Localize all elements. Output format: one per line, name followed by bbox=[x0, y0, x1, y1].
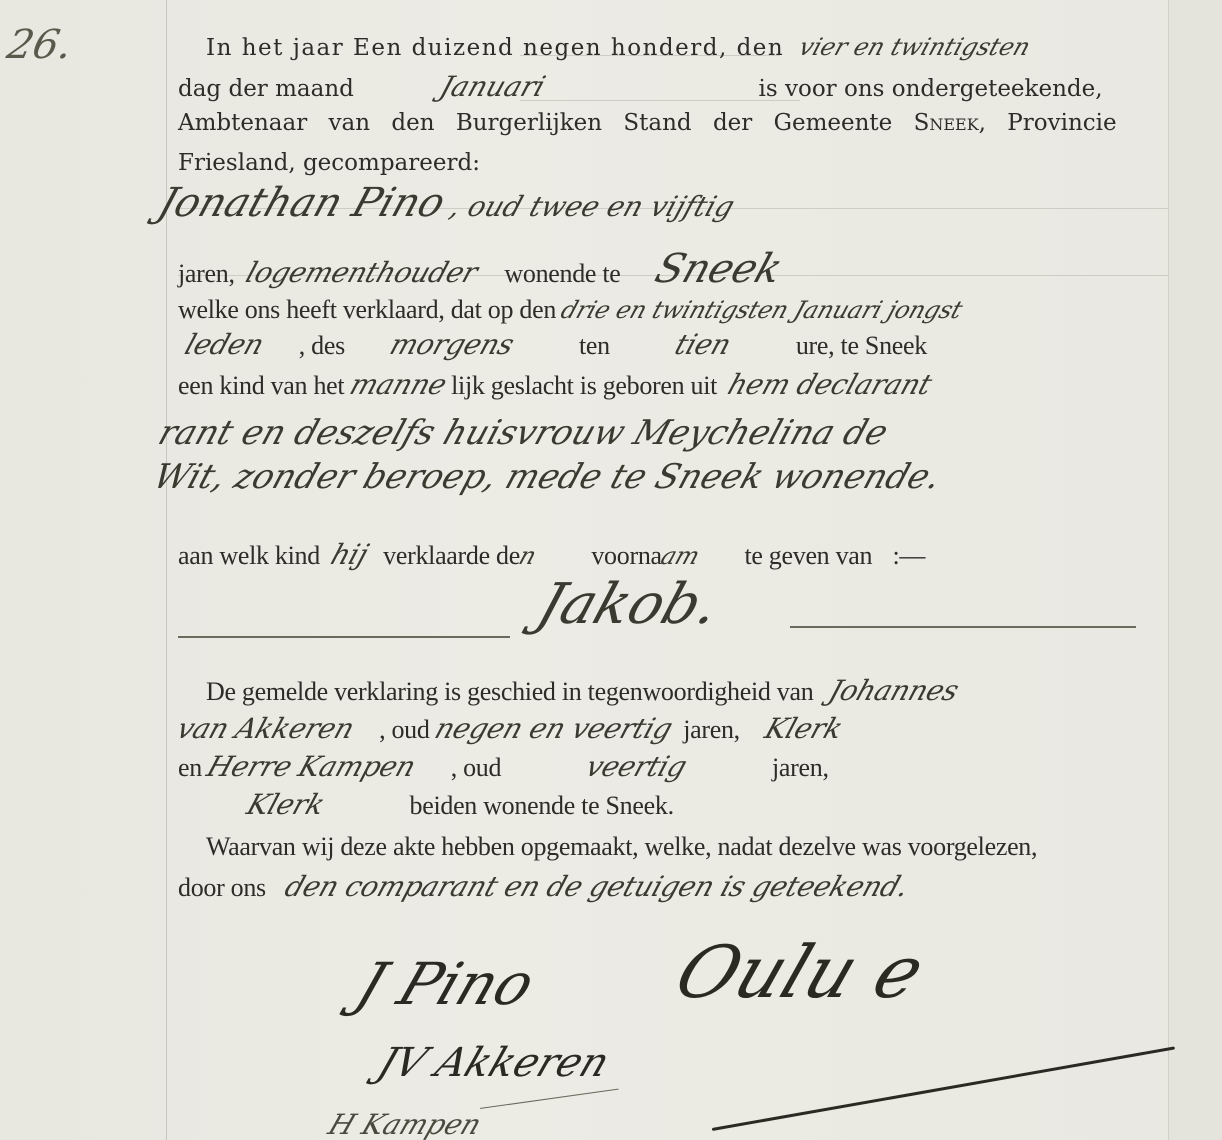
intro-line-1: In het jaar Een duizend negen honderd, d… bbox=[178, 32, 1168, 63]
handwritten-witness-age: veertig bbox=[583, 752, 691, 782]
printed-text: welke ons heeft verklaard, dat op den bbox=[178, 295, 556, 324]
parents-line-3: Wit, zonder beroep, mede te Sneek wonend… bbox=[155, 462, 1145, 496]
handwritten-witness-name: Johannes bbox=[825, 676, 962, 706]
declaration-line-1: welke ons heeft verklaard, dat op den dr… bbox=[178, 295, 1168, 325]
signature-registrar: Oulu e bbox=[665, 930, 936, 1014]
handwritten-text: am bbox=[657, 541, 703, 571]
handwritten-parents: hem declarant bbox=[724, 370, 935, 400]
name-dash-left bbox=[178, 636, 510, 638]
printed-text: dag der maand bbox=[178, 76, 354, 102]
printed-text: aan welk kind bbox=[178, 541, 320, 570]
right-margin-strip bbox=[1169, 0, 1222, 1140]
signature-witness-2: H Kampen bbox=[324, 1108, 486, 1140]
printed-text: :— bbox=[892, 541, 925, 570]
handwritten-text: leden bbox=[181, 330, 267, 360]
printed-text: , oud bbox=[451, 753, 502, 782]
printed-text: beiden wonende te Sneek. bbox=[410, 791, 674, 820]
name-dash-right bbox=[790, 626, 1136, 628]
printed-text: , oud bbox=[379, 715, 430, 744]
printed-text: voorna bbox=[591, 541, 661, 570]
handwritten-pronoun: hij bbox=[327, 540, 372, 570]
printed-text: door ons bbox=[178, 873, 266, 902]
child-name-line: Jakob. bbox=[540, 590, 780, 631]
printed-text: ten bbox=[579, 331, 610, 360]
handwritten-parents: rant en deszelfs huisvrouw Meychelina de bbox=[155, 418, 891, 448]
handwritten-residence: Sneek bbox=[652, 254, 785, 284]
handwritten-age: , oud twee en vijftig bbox=[446, 192, 738, 222]
printed-text: jaren, bbox=[178, 259, 235, 288]
witness-line-4: Klerk beiden wonende te Sneek. bbox=[178, 790, 1168, 821]
document-page: 26. In het jaar Een duizend negen honder… bbox=[0, 0, 1222, 1140]
intro-line-3: Ambtenaar van den Burgerlijken Stand der… bbox=[178, 108, 1168, 138]
handwritten-occupation: logementhouder bbox=[242, 258, 481, 288]
intro-line-2: dag der maand Januari is voor ons onderg… bbox=[178, 72, 1168, 104]
naming-line: aan welk kind hij verklaarde den voornaa… bbox=[178, 540, 1168, 571]
handwritten-parents: Wit, zonder beroep, mede te Sneek wonend… bbox=[150, 462, 944, 492]
municipality-name: Sneek bbox=[914, 110, 979, 136]
declaration-line-2: leden , des morgens ten tien ure, te Sne… bbox=[178, 330, 1168, 361]
occupation-line: jaren, logementhouder wonende te Sneek bbox=[178, 254, 1168, 289]
left-margin-rule bbox=[166, 0, 167, 1140]
printed-text: Ambtenaar van den Burgerlijken Stand der… bbox=[178, 110, 892, 136]
closing-line-1: Waarvan wij deze akte hebben opgemaakt, … bbox=[178, 832, 1168, 862]
printed-text: Friesland, gecompareerd: bbox=[178, 150, 480, 176]
printed-text: lijk geslacht is geboren uit bbox=[451, 371, 717, 400]
handwritten-witness-name: Herre Kampen bbox=[203, 752, 419, 782]
printed-text: verklaarde de bbox=[383, 541, 520, 570]
handwritten-birth-date: drie en twintigsten Januari jongst bbox=[557, 295, 966, 325]
printed-text: en bbox=[178, 753, 202, 782]
signature-declarant: J Pino bbox=[348, 950, 544, 1018]
handwritten-sex: manne bbox=[346, 370, 450, 400]
witness-line-1: De gemelde verklaring is geschied in teg… bbox=[178, 676, 1168, 707]
printed-text: jaren, bbox=[772, 753, 829, 782]
printed-text: De gemelde verklaring is geschied in teg… bbox=[206, 677, 813, 706]
printed-text: In het jaar Een duizend negen honderd, d… bbox=[206, 35, 784, 61]
handwritten-date: vier en twintigsten bbox=[795, 32, 1034, 62]
printed-text: wonende te bbox=[504, 259, 620, 288]
parents-line-2: rant en deszelfs huisvrouw Meychelina de bbox=[160, 418, 1150, 452]
handwritten-witness-occupation: Klerk bbox=[243, 790, 328, 820]
declarant-line: Jonathan Pino , oud twee en vijftig bbox=[160, 188, 1150, 248]
handwritten-signatories: den comparant en de getuigen is geteeken… bbox=[281, 872, 912, 902]
handwritten-time-of-day: morgens bbox=[386, 330, 517, 360]
printed-text: , Provincie bbox=[979, 110, 1117, 136]
printed-text: is voor ons ondergeteekende, bbox=[759, 76, 1103, 102]
handwritten-month: Januari bbox=[436, 72, 696, 102]
printed-text: jaren, bbox=[683, 715, 740, 744]
handwritten-witness-name: van Akkeren bbox=[173, 714, 358, 744]
signature-witness-1: JV Akkeren bbox=[372, 1040, 616, 1086]
printed-text: ure, te Sneek bbox=[796, 331, 927, 360]
handwritten-hour: tien bbox=[671, 330, 734, 360]
handwritten-declarant-name: Jonathan Pino bbox=[155, 188, 448, 218]
printed-text: te geven van bbox=[744, 541, 872, 570]
closing-line-2: door ons den comparant en de getuigen is… bbox=[178, 872, 1168, 903]
witness-line-2: van Akkeren , oud negen en veertig jaren… bbox=[178, 714, 1168, 745]
handwritten-witness-age: negen en veertig bbox=[431, 714, 676, 744]
witness-flourish bbox=[480, 1089, 619, 1109]
act-number: 26. bbox=[3, 22, 76, 68]
intro-line-4: Friesland, gecompareerd: bbox=[178, 148, 1168, 178]
declaration-line-3: een kind van het manne lijk geslacht is … bbox=[178, 370, 1168, 401]
witness-line-3: en Herre Kampen , oud veertig jaren, bbox=[178, 752, 1168, 783]
handwritten-witness-occupation: Klerk bbox=[761, 714, 846, 744]
handwritten-child-name: Jakob. bbox=[535, 590, 722, 620]
printed-text: een kind van het bbox=[178, 371, 344, 400]
registrar-flourish bbox=[712, 1046, 1175, 1131]
printed-text: , des bbox=[299, 331, 345, 360]
printed-text: Waarvan wij deze akte hebben opgemaakt, … bbox=[206, 832, 1037, 861]
